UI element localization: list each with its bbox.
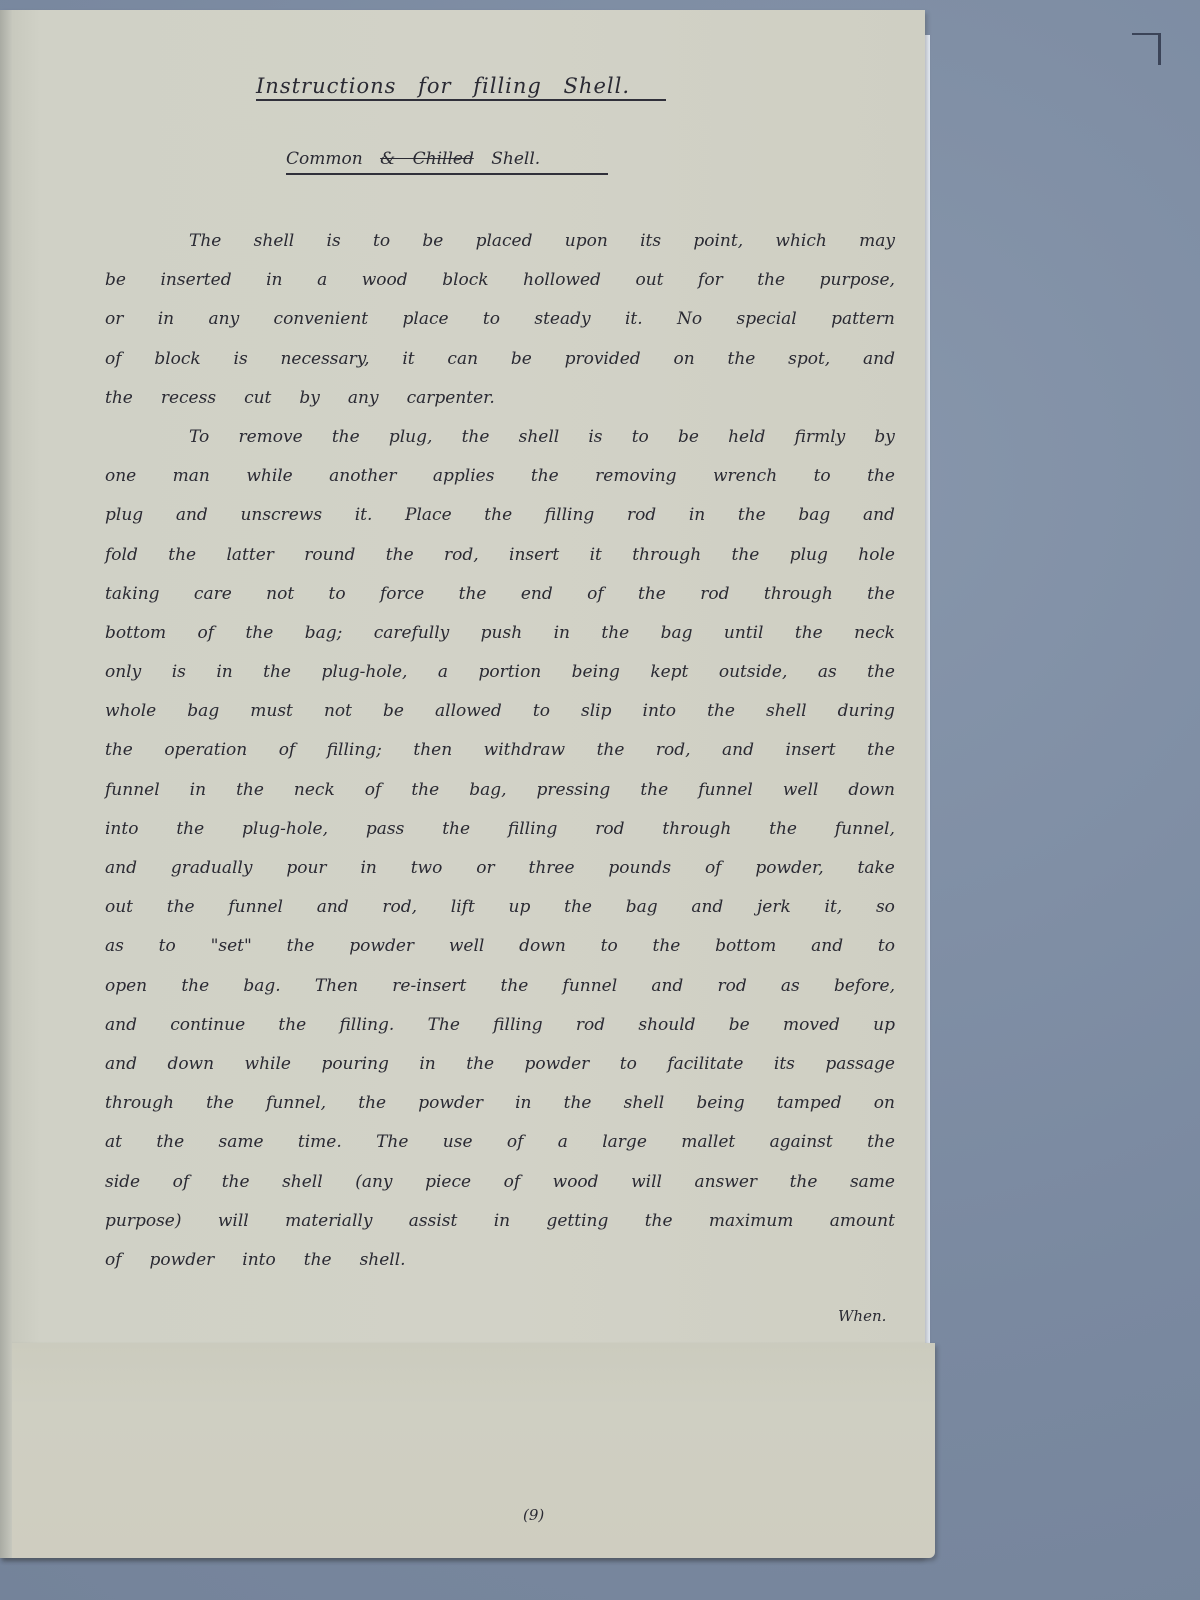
word: mallet (681, 1123, 735, 1162)
page-title: Instructions for filling Shell. (256, 74, 666, 101)
word: in (515, 1084, 531, 1123)
word: cut (244, 379, 271, 418)
word: out (105, 888, 133, 927)
word: the (867, 1123, 895, 1162)
page-number: (9) (523, 1506, 544, 1524)
text-line: anddownwhilepouringinthepowdertofacilita… (105, 1045, 895, 1084)
word: before, (834, 967, 895, 1006)
word: must (250, 692, 293, 731)
word: to (483, 300, 500, 339)
word: while (246, 457, 292, 496)
word: the (245, 614, 273, 653)
body-text: Theshellistobeplaceduponitspoint,whichma… (105, 222, 895, 1280)
word: may (859, 222, 895, 261)
word: facilitate (667, 1045, 743, 1084)
word: force (380, 575, 424, 614)
word: the (867, 653, 895, 692)
word: the (707, 692, 735, 731)
word: through (632, 536, 701, 575)
word: as (818, 653, 837, 692)
text-line: intotheplug-hole,passthefillingrodthroug… (105, 810, 895, 849)
word: block (442, 261, 488, 300)
word: so (876, 888, 895, 927)
word: in (216, 653, 232, 692)
text-line: purpose)willmateriallyassistingettingthe… (105, 1202, 895, 1241)
word: through (105, 1084, 174, 1123)
word: the (531, 457, 559, 496)
word: the (790, 1163, 818, 1202)
word: re-insert (392, 967, 466, 1006)
manuscript-page-lower-fold (0, 1343, 935, 1558)
word: the (105, 379, 133, 418)
word: to (329, 575, 346, 614)
word: the (181, 967, 209, 1006)
word: kept (650, 653, 688, 692)
text-line: onemanwhileanotherappliestheremovingwren… (105, 457, 895, 496)
word: continue (170, 1006, 245, 1045)
word: To (189, 418, 209, 457)
word: carefully (374, 614, 450, 653)
word: filling (493, 1006, 542, 1045)
word: and (651, 967, 683, 1006)
section-heading-end: Shell. (491, 149, 540, 169)
text-line: andgraduallypourintwoorthreepoundsofpowd… (105, 849, 895, 888)
word: the (105, 731, 133, 770)
word: shell (624, 1084, 665, 1123)
word: being (696, 1084, 744, 1123)
word: to (620, 1045, 637, 1084)
word: Then (315, 967, 358, 1006)
word: to (373, 222, 390, 261)
word: the (601, 614, 629, 653)
word: materially (285, 1202, 372, 1241)
word: down (848, 771, 895, 810)
word: is (234, 340, 248, 379)
word: a (317, 261, 327, 300)
word: same (850, 1163, 895, 1202)
word: withdraw (484, 731, 565, 770)
word: applies (433, 457, 495, 496)
word: funnel (563, 967, 618, 1006)
word: same (219, 1123, 264, 1162)
word: is (327, 222, 341, 261)
word: whole (105, 692, 156, 731)
word: bag; (305, 614, 343, 653)
word: its (774, 1045, 795, 1084)
word: at (105, 1123, 122, 1162)
text-line: sideoftheshell(anypieceofwoodwillanswert… (105, 1163, 895, 1202)
word: or (476, 849, 494, 888)
text-line: Toremovetheplug,theshellistobeheldfirmly… (105, 418, 895, 457)
catchword: When. (838, 1307, 886, 1325)
word: insert (509, 536, 559, 575)
section-heading-main: Common (286, 149, 363, 169)
word: neck (854, 614, 895, 653)
text-line: theoperationoffilling;thenwithdrawtherod… (105, 731, 895, 770)
word: wood (362, 261, 408, 300)
word: it. (625, 300, 643, 339)
word: shell (766, 692, 807, 731)
word: bag (661, 614, 693, 653)
word: up (873, 1006, 895, 1045)
word: be (422, 222, 443, 261)
word: and (863, 340, 895, 379)
word: lift (451, 888, 475, 927)
word: pressing (537, 771, 611, 810)
word: until (724, 614, 764, 653)
word: wood (553, 1163, 599, 1202)
word: pattern (831, 300, 895, 339)
word: the (358, 1084, 386, 1123)
word: while (245, 1045, 291, 1084)
word: not (266, 575, 294, 614)
word: necessary, (280, 340, 369, 379)
word: outside, (719, 653, 788, 692)
word: powder, (755, 849, 823, 888)
word: in (360, 849, 376, 888)
word: special (737, 300, 797, 339)
word: passage (825, 1045, 895, 1084)
word: of (105, 340, 122, 379)
word: the (168, 536, 196, 575)
word: time. (298, 1123, 342, 1162)
word: three (529, 849, 575, 888)
word: and (722, 731, 754, 770)
word: which (775, 222, 826, 261)
word: plug (105, 496, 143, 535)
word: bag (798, 496, 830, 535)
word: rod (627, 496, 656, 535)
word: care (194, 575, 232, 614)
word: by (299, 379, 320, 418)
word: rod (595, 810, 624, 849)
word: the (287, 927, 315, 966)
word: any (348, 379, 379, 418)
word: it. (355, 496, 373, 535)
word: funnel, (266, 1084, 326, 1123)
word: gradually (171, 849, 253, 888)
word: amount (830, 1202, 895, 1241)
word: round (304, 536, 355, 575)
word: upon (565, 222, 608, 261)
word: bag, (469, 771, 506, 810)
word: the (466, 1045, 494, 1084)
word: remove (238, 418, 302, 457)
word: slip (581, 692, 611, 731)
word: and (105, 1045, 137, 1084)
word: open (105, 967, 147, 1006)
word: out (635, 261, 663, 300)
word: through (764, 575, 833, 614)
word: in (158, 300, 174, 339)
text-line: throughthefunnel,thepowderintheshellbein… (105, 1084, 895, 1123)
word: point, (693, 222, 743, 261)
word: spot, (788, 340, 830, 379)
word: the (442, 810, 470, 849)
word: of (198, 614, 215, 653)
word: funnel (105, 771, 160, 810)
text-line: bottomofthebag;carefullypushinthebagunti… (105, 614, 895, 653)
word: the (462, 418, 490, 457)
word: plug, (389, 418, 433, 457)
word: can (447, 340, 478, 379)
word: rod, (382, 888, 417, 927)
word: being (572, 653, 620, 692)
word: getting (546, 1202, 608, 1241)
word: in (419, 1045, 435, 1084)
word: any (208, 300, 239, 339)
word: of (705, 849, 722, 888)
word: the (167, 888, 195, 927)
word: through (662, 810, 731, 849)
word: as (105, 927, 124, 966)
word: and (863, 496, 895, 535)
word: be (729, 1006, 750, 1045)
word: the (653, 927, 681, 966)
word: then (413, 731, 452, 770)
word: The (428, 1006, 460, 1045)
word: purpose, (820, 261, 895, 300)
word: block (154, 340, 200, 379)
word: Place (405, 496, 452, 535)
word: be (511, 340, 532, 379)
word: shell (254, 222, 295, 261)
word: powder (349, 927, 414, 966)
word: its (640, 222, 661, 261)
word: the (867, 575, 895, 614)
word: as (781, 967, 800, 1006)
text-line: foldthelatterroundtherod,insertitthrough… (105, 536, 895, 575)
word: moved (783, 1006, 840, 1045)
word: take (858, 849, 895, 888)
word: the (501, 967, 529, 1006)
word: maximum (709, 1202, 793, 1241)
text-line: ofpowderintotheshell. (105, 1241, 895, 1280)
word: into (643, 692, 676, 731)
corner-registration-mark (1132, 33, 1161, 65)
text-line: onlyisintheplug-hole,aportionbeingkeptou… (105, 653, 895, 692)
word: two (411, 849, 443, 888)
word: firmly (795, 418, 846, 457)
word: The (189, 222, 221, 261)
text-line: takingcarenottoforcetheendoftherodthroug… (105, 575, 895, 614)
word: convenient (274, 300, 369, 339)
word: be (105, 261, 126, 300)
word: funnel (228, 888, 283, 927)
word: use (443, 1123, 473, 1162)
word: shell. (360, 1241, 406, 1280)
word: the (738, 496, 766, 535)
word: to (632, 418, 649, 457)
word: to (878, 927, 895, 966)
word: pounds (608, 849, 671, 888)
word: funnel, (835, 810, 895, 849)
word: of (587, 575, 604, 614)
word: the (597, 731, 625, 770)
word: bag (187, 692, 219, 731)
word: down (519, 927, 566, 966)
text-line: openthebag.Thenre-insertthefunnelandroda… (105, 967, 895, 1006)
word: by (874, 418, 895, 457)
word: to (159, 927, 176, 966)
word: the (564, 888, 592, 927)
word: answer (694, 1163, 757, 1202)
word: the (769, 810, 797, 849)
word: the (176, 810, 204, 849)
word: plug-hole, (242, 810, 328, 849)
word: the (640, 771, 668, 810)
word: allowed (435, 692, 502, 731)
word: powder (525, 1045, 590, 1084)
word: and (176, 496, 208, 535)
word: provided (565, 340, 641, 379)
word: portion (478, 653, 541, 692)
word: to (601, 927, 618, 966)
word: bag. (243, 967, 280, 1006)
word: another (329, 457, 396, 496)
text-line: asto"set"thepowderwelldowntothebottomand… (105, 927, 895, 966)
word: the (795, 614, 823, 653)
word: for (698, 261, 723, 300)
word: large (602, 1123, 647, 1162)
word: pouring (321, 1045, 388, 1084)
word: No (677, 300, 702, 339)
word: the (484, 496, 512, 535)
word: shell (519, 418, 560, 457)
word: hollowed (523, 261, 601, 300)
word: purpose) (105, 1202, 182, 1241)
word: the (867, 731, 895, 770)
word: filling. (339, 1006, 394, 1045)
word: down (167, 1045, 214, 1084)
word: taking (105, 575, 160, 614)
word: held (728, 418, 765, 457)
text-line: ofblockisnecessary,itcanbeprovidedonthes… (105, 340, 895, 379)
word: the (411, 771, 439, 810)
section-heading: Common & Chilled Shell. (286, 149, 608, 175)
word: on (674, 340, 695, 379)
word: place (403, 300, 449, 339)
word: in (689, 496, 705, 535)
word: of (105, 1241, 122, 1280)
word: the (332, 418, 360, 457)
word: and (691, 888, 723, 927)
word: of (507, 1123, 524, 1162)
word: latter (226, 536, 273, 575)
word: to (533, 692, 550, 731)
word: be (678, 418, 699, 457)
word: in (190, 771, 206, 810)
word: the (867, 457, 895, 496)
word: end (521, 575, 553, 614)
word: shell (282, 1163, 323, 1202)
section-heading-struck-text: & Chilled (380, 149, 474, 169)
word: the (236, 771, 264, 810)
text-line: funnelintheneckofthebag,pressingthefunne… (105, 771, 895, 810)
word: filling; (327, 731, 382, 770)
word: plug-hole, (321, 653, 407, 692)
word: against (770, 1123, 833, 1162)
word: or (105, 300, 123, 339)
word: bottom (715, 927, 776, 966)
text-line: wholebagmustnotbeallowedtoslipintotheshe… (105, 692, 895, 731)
word: The (376, 1123, 408, 1162)
word: rod (700, 575, 729, 614)
word: during (838, 692, 895, 731)
word: powder (150, 1241, 215, 1280)
word: side (105, 1163, 140, 1202)
word: of (365, 771, 382, 810)
word: of (504, 1163, 521, 1202)
word: and (317, 888, 349, 927)
word: the (386, 536, 414, 575)
word: rod, (656, 731, 691, 770)
word: into (242, 1241, 275, 1280)
word: the (263, 653, 291, 692)
word: powder (418, 1084, 483, 1123)
word: the (278, 1006, 306, 1045)
word: bag (626, 888, 658, 927)
word: funnel (698, 771, 753, 810)
word: on (874, 1084, 895, 1123)
word: (any (355, 1163, 392, 1202)
word: hole (858, 536, 895, 575)
word: the (732, 536, 760, 575)
word: operation (164, 731, 247, 770)
word: the (304, 1241, 332, 1280)
word: insert (785, 731, 835, 770)
word: bottom (105, 614, 166, 653)
book-spine-edge (0, 10, 12, 1558)
word: should (638, 1006, 695, 1045)
word: wrench (713, 457, 777, 496)
word: pour (286, 849, 326, 888)
word: removing (595, 457, 676, 496)
word: it, (825, 888, 843, 927)
text-line: orinanyconvenientplacetosteadyit.Nospeci… (105, 300, 895, 339)
word: one (105, 457, 136, 496)
word: neck (294, 771, 335, 810)
word: the (757, 261, 785, 300)
word: will (218, 1202, 249, 1241)
word: rod, (444, 536, 479, 575)
word: it (590, 536, 602, 575)
word: rod (576, 1006, 605, 1045)
word: fold (105, 536, 138, 575)
word: steady (534, 300, 590, 339)
word: pass (366, 810, 404, 849)
word: recess (161, 379, 216, 418)
text-line: beinsertedinawoodblockhollowedoutforthep… (105, 261, 895, 300)
word: carpenter. (407, 379, 495, 418)
word: tamped (777, 1084, 842, 1123)
word: not (324, 692, 352, 731)
word: push (481, 614, 523, 653)
word: well (449, 927, 485, 966)
word: well (783, 771, 819, 810)
word: only (105, 653, 141, 692)
word: plug (790, 536, 828, 575)
word: filling (508, 810, 557, 849)
word: the (459, 575, 487, 614)
word: inserted (161, 261, 232, 300)
word: the (222, 1163, 250, 1202)
text-line: outthefunnelandrod,liftupthebagandjerkit… (105, 888, 895, 927)
text-line: therecesscutbyanycarpenter. (105, 379, 895, 418)
text-line: andcontinuethefilling.Thefillingrodshoul… (105, 1006, 895, 1045)
word: jerk (757, 888, 791, 927)
word: rod (717, 967, 746, 1006)
